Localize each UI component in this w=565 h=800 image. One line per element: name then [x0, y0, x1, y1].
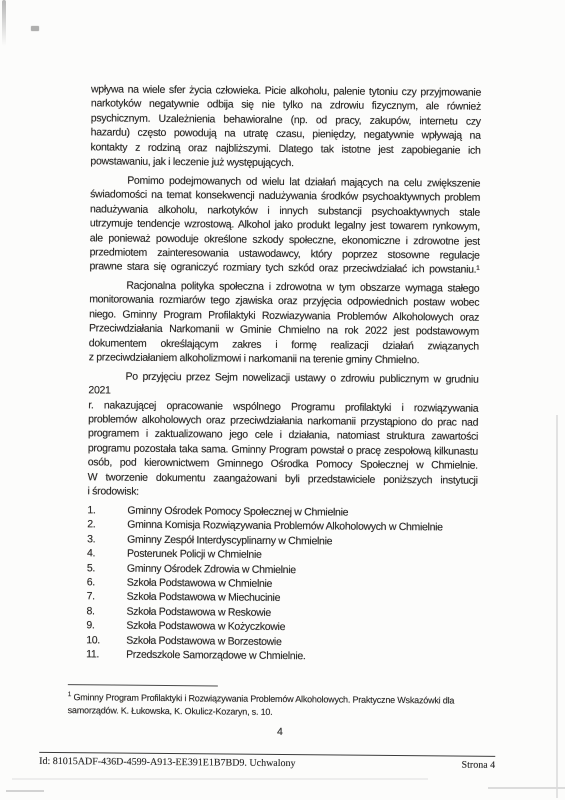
list-item-number: 1.	[87, 503, 127, 518]
page-footer: Id: 81015ADF-436D-4599-A913-EE391E1B7BD9…	[39, 752, 495, 771]
footer-document-id: Id: 81015ADF-436D-4599-A913-EE391E1B7BD9…	[39, 756, 295, 769]
list-item-number: 10.	[86, 633, 126, 648]
list-item-number: 6.	[87, 575, 127, 590]
page-number: 4	[0, 724, 562, 741]
institutions-list: 1.Gminny Ośrodek Pomocy Społecznej w Chm…	[86, 503, 477, 665]
list-item-number: 11.	[86, 648, 126, 663]
paragraph: Po przyjęciu przez Sejm nowelizacji usta…	[87, 369, 478, 502]
text-line: Po przyjęciu przez Sejm nowelizacji usta…	[88, 369, 478, 401]
footer-page-label: Strona 4	[462, 760, 496, 771]
paragraph: wpływa na wiele sfer życia człowieka. Pi…	[90, 82, 481, 172]
footnote-text: Gminny Program Profilaktyki i Rozwiązywa…	[73, 692, 454, 705]
scanned-document-page: wpływa na wiele sfer życia człowieka. Pi…	[0, 0, 565, 800]
list-item-number: 2.	[87, 517, 127, 532]
paragraph: Racjonalna polityka społeczna i zdrowotn…	[89, 278, 480, 368]
list-item-text: Przedszkole Samorządowe w Chmielnie.	[126, 648, 476, 666]
list-item-number: 5.	[87, 561, 127, 576]
footnote-separator	[68, 684, 218, 686]
list-item-number: 7.	[87, 590, 127, 605]
footnote-marker: 1	[68, 691, 71, 698]
list-item-number: 3.	[87, 532, 127, 547]
list-item-number: 8.	[86, 604, 126, 619]
list-item: 11.Przedszkole Samorządowe w Chmielnie.	[86, 648, 476, 666]
list-item-number: 9.	[86, 619, 126, 634]
paragraphs: wpływa na wiele sfer życia człowieka. Pi…	[87, 82, 481, 502]
text-line: powstawaniu, jak i leczenie już występuj…	[90, 155, 480, 173]
list-item-number: 4.	[87, 546, 127, 561]
page-content: wpływa na wiele sfer życia człowieka. Pi…	[0, 0, 565, 800]
text-line: prawne stara się ograniczyć rozmiary tyc…	[89, 260, 479, 278]
footnote: 1 Gminny Program Profilaktyki i Rozwiązy…	[68, 684, 500, 720]
document-body: wpływa na wiele sfer życia człowieka. Pi…	[86, 82, 481, 665]
paragraph: Pomimo podejmowanych od wielu lat działa…	[89, 173, 480, 278]
